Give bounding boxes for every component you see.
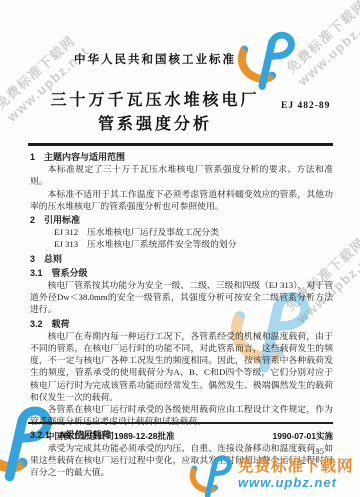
reference-item: EJ 313 压水堆核电厂系统部件安全等级的划分	[30, 238, 333, 250]
section-3-1-paragraph: 核电厂管系按其功能分为安全一级、二级、三级和四级（EJ 313），对于管道外径D…	[30, 279, 333, 316]
footer-divider	[28, 422, 333, 424]
standard-authority-heading: 中华人民共和国核工业标准	[25, 51, 285, 67]
section-1-heading: 1 主题内容与适用范围	[30, 151, 333, 163]
implementation-date: 1990-07-01实施	[273, 430, 333, 442]
standard-number: EJ 482-89	[281, 101, 330, 111]
section-3-2-paragraph: 核电厂在寿期内每一种运行工况下，各管系经受的机械和温度载荷，由于不同的管系，在核…	[30, 330, 333, 403]
site-url: www.upbz.net	[238, 476, 354, 489]
up-logo-icon	[184, 451, 234, 497]
site-brand-text: 免费标准下载网 www.upbz.net	[238, 459, 354, 489]
section-3-1-heading: 3.1 管系分级	[30, 267, 333, 279]
section-1-paragraph: 本标准不适用于其工作温度下必须考虑管道材料蠕变效应的管系，其他功率的压水堆核电厂…	[30, 188, 333, 212]
document-body: 1 主题内容与适用范围 本标准规定了三十万千瓦压水堆核电厂管系强度分析的要求、方…	[30, 149, 333, 478]
site-name: 免费标准下载网	[238, 459, 354, 475]
document-title-line2: 管系强度分析	[25, 111, 285, 134]
section-3-heading: 3 总则	[30, 253, 333, 265]
reference-item: EJ 312 压水堆核电厂运行及事故工况分类	[30, 226, 333, 238]
header-divider	[28, 143, 333, 146]
approval-note: 中国核工业总公司1989-12-28批准	[46, 430, 174, 442]
watermark-top-right: 免费标准下载网 www.upbz.net	[283, 0, 360, 89]
document-page: 免费标准下载网 www.upbz.net 免费标准下载网 www.upbz.ne…	[0, 0, 360, 497]
section-1-paragraph: 本标准规定了三十万千瓦压水堆核电厂管系强度分析的要求、方法和准则。	[30, 163, 333, 187]
section-2-heading: 2 引用标准	[30, 214, 333, 226]
watermark-site-name: 免费标准下载网	[283, 0, 360, 77]
section-3-2-heading: 3.2 载荷	[30, 318, 333, 330]
document-title-line1: 三十万千瓦压水堆核电厂	[25, 87, 285, 110]
watermark-site-url: www.upbz.net	[294, 6, 360, 89]
site-brand: 免费标准下载网 www.upbz.net	[184, 451, 354, 497]
